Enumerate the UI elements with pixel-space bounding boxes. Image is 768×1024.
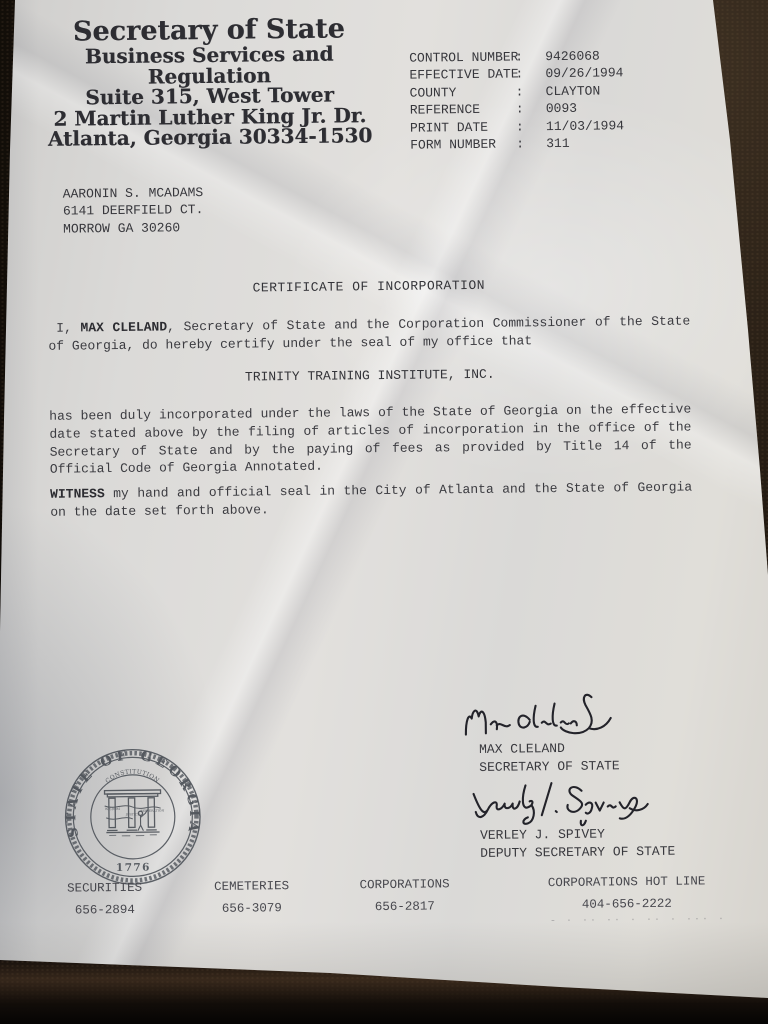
seal-year: 1776 xyxy=(116,862,151,874)
control-row: FORM NUMBER:311 xyxy=(410,134,624,154)
footer-phone: 656-2817 xyxy=(315,895,495,919)
control-colon: : xyxy=(516,101,532,119)
max-cleland-signature xyxy=(457,686,618,744)
recipient-city: MORROW GA 30260 xyxy=(63,219,204,238)
seal-pillar-bases xyxy=(107,830,157,831)
control-number-block: CONTROL NUMBER:9426068 EFFECTIVE DATE:09… xyxy=(409,47,624,154)
signer-printed-name: MAX CLELAND xyxy=(479,740,565,759)
signature-stroke xyxy=(567,787,582,812)
control-label: EFFECTIVE DATE xyxy=(409,66,515,85)
seal-ground-line xyxy=(106,832,159,833)
recipient-name: AARONIN S. MCADAMS xyxy=(63,184,204,203)
control-label: FORM NUMBER xyxy=(410,136,516,155)
recipient-street: 6141 DEERFIELD CT. xyxy=(63,201,204,220)
signer-title: DEPUTY SECRETARY OF STATE xyxy=(480,843,675,863)
witness-word-bold: WITNESS xyxy=(50,486,105,502)
control-label: REFERENCE xyxy=(410,101,516,120)
footer-column-hotline: CORPORATIONS HOT LINE 404-656-2222 xyxy=(526,870,726,916)
company-name: TRINITY TRAINING INSTITUTE, INC. xyxy=(49,365,691,387)
signature-stroke xyxy=(620,798,648,819)
control-row: COUNTY:CLAYTON xyxy=(410,82,624,102)
signature-stroke xyxy=(560,695,610,734)
signature-stroke xyxy=(523,785,534,824)
control-colon: : xyxy=(516,135,532,153)
signature-stroke xyxy=(466,710,486,734)
signature-stroke xyxy=(534,703,577,727)
georgia-state-seal: STATE OF GEORGIA CONSTITUTION xyxy=(62,746,204,888)
seal-ground-hatch xyxy=(109,835,157,836)
control-value: 0093 xyxy=(546,100,577,118)
seal-emblem-ring xyxy=(90,774,175,859)
recipient-address: AARONIN S. MCADAMS 6141 DEERFIELD CT. MO… xyxy=(63,184,204,238)
text-run: I, xyxy=(56,320,80,335)
signature-stroke xyxy=(474,793,520,817)
seal-pillar xyxy=(109,798,116,827)
control-value: CLAYTON xyxy=(546,82,601,100)
incorporation-paragraph: has been duly incorporated under the law… xyxy=(49,401,692,479)
signature-stroke xyxy=(541,783,556,815)
seal-ring-text: STATE OF GEORGIA xyxy=(63,747,201,838)
control-colon: : xyxy=(515,48,531,66)
faded-illegible-text: - · ·· ·· · ·· · ··· · xyxy=(550,914,730,927)
document-title: CERTIFICATE OF INCORPORATION xyxy=(48,276,690,298)
seal-moderation-banner: MODERATION xyxy=(140,809,164,813)
seal-justice-banner: JUSTICE xyxy=(125,812,141,816)
control-label: COUNTY xyxy=(410,83,516,102)
control-label: CONTROL NUMBER xyxy=(409,48,515,67)
footer-label: CORPORATIONS HOT LINE xyxy=(526,870,726,894)
witness-paragraph: WITNESS my hand and official seal in the… xyxy=(50,479,692,522)
letterhead-city: Atlanta, Georgia 30334-1530 xyxy=(22,125,398,150)
seal-constitution-banner: CONSTITUTION xyxy=(104,768,161,785)
signature-stroke xyxy=(581,802,616,825)
letterhead-division: Business Services and Regulation xyxy=(21,43,397,88)
seal-arch-frieze xyxy=(107,793,157,796)
signature-stroke xyxy=(491,721,510,729)
control-colon: : xyxy=(516,83,532,101)
control-colon: : xyxy=(515,66,531,84)
control-value: 9426068 xyxy=(545,48,600,66)
certificate-paper: Secretary of State Business Services and… xyxy=(0,0,768,1024)
footer-label: CORPORATIONS xyxy=(314,873,494,897)
control-value: 09/26/1994 xyxy=(545,65,623,83)
svg-text:STATE OF GEORGIA: STATE OF GEORGIA xyxy=(63,747,201,838)
control-value: 11/03/1994 xyxy=(546,117,624,135)
secretary-name-bold: MAX CLELAND xyxy=(80,319,167,335)
control-row: PRINT DATE:11/03/1994 xyxy=(410,117,624,137)
signature-stroke xyxy=(518,716,529,728)
control-value: 311 xyxy=(546,135,570,153)
footer-phone: 404-656-2222 xyxy=(527,892,727,916)
control-colon: : xyxy=(516,118,532,136)
seal-wisdom-banner: WISDOM xyxy=(105,807,121,811)
certify-paragraph: I, MAX CLELAND, Secretary of State and t… xyxy=(48,313,690,356)
certificate-content: Secretary of State Business Services and… xyxy=(0,0,768,1024)
letterhead: Secretary of State Business Services and… xyxy=(21,15,398,150)
signer-printed-name: VERLEY J. SPIVEY xyxy=(480,826,605,845)
control-label: PRINT DATE xyxy=(410,118,516,137)
photo-of-certificate-document: Secretary of State Business Services and… xyxy=(0,0,768,1024)
footer-column-corporations: CORPORATIONS 656-2817 xyxy=(314,873,494,919)
svg-text:CONSTITUTION: CONSTITUTION xyxy=(104,768,161,785)
